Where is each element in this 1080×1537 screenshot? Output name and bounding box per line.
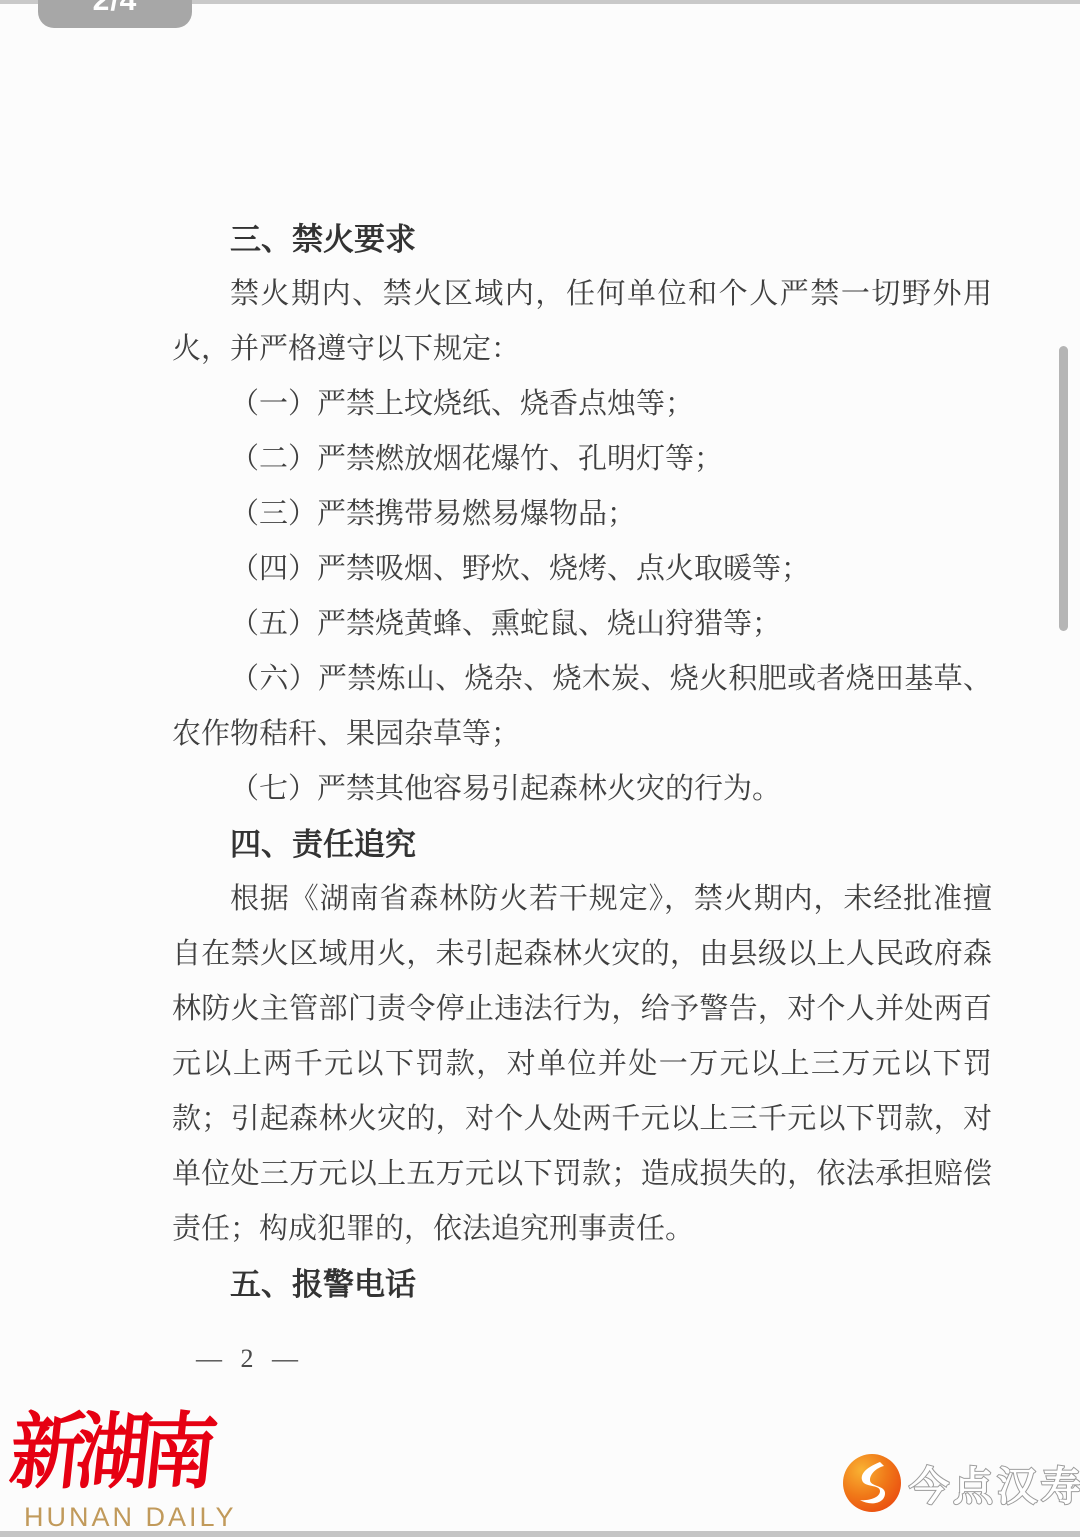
document-line: 元以上两千元以下罚款，对单位并处一万元以上三万元以下罚 (172, 1037, 992, 1092)
publisher-brand: 新湖南 HUNAN DAILY (16, 1402, 276, 1537)
document-heading: 三、禁火要求 (172, 212, 992, 267)
watermark-label: 今点汉寿 (909, 1455, 1080, 1512)
document-heading: 五、报警电话 (172, 1257, 992, 1312)
watermark-logo-icon (843, 1454, 901, 1512)
document-line: 单位处三万元以上五万元以下罚款；造成损失的，依法承担赔偿 (172, 1147, 992, 1202)
document-line: 根据《湖南省森林防火若干规定》，禁火期内，未经批准擅 (172, 872, 992, 927)
document-line: （五）严禁烧黄蜂、熏蛇鼠、烧山狩猎等； (172, 597, 992, 652)
document-line: 火，并严格遵守以下规定： (172, 322, 992, 377)
document-line: 自在禁火区域用火，未引起森林火灾的，由县级以上人民政府森 (172, 927, 992, 982)
document-page-number: — 2 — (196, 1344, 304, 1374)
bottom-edge-strip (0, 1531, 1080, 1537)
document-page: 三、禁火要求禁火期内、禁火区域内，任何单位和个人严禁一切野外用火，并严格遵守以下… (172, 212, 992, 1312)
document-line: （三）严禁携带易燃易爆物品； (172, 487, 992, 542)
document-line: 禁火期内、禁火区域内，任何单位和个人严禁一切野外用 (172, 267, 992, 322)
document-line: （二）严禁燃放烟花爆竹、孔明灯等； (172, 432, 992, 487)
page-indicator-badge: 2/4 (38, 0, 192, 28)
document-line: （一）严禁上坟烧纸、烧香点烛等； (172, 377, 992, 432)
document-heading: 四、责任追究 (172, 817, 992, 872)
document-line: 农作物秸秆、果园杂草等； (172, 707, 992, 762)
publisher-subtitle: HUNAN DAILY (24, 1502, 276, 1533)
document-line: （四）严禁吸烟、野炊、烧烤、点火取暖等； (172, 542, 992, 597)
document-line: （六）严禁炼山、烧杂、烧木炭、烧火积肥或者烧田基草、 (172, 652, 992, 707)
page-indicator-label: 2/4 (93, 0, 138, 18)
document-line: 责任；构成犯罪的，依法追究刑事责任。 (172, 1202, 992, 1257)
document-line: 林防火主管部门责令停止违法行为，给予警告，对个人并处两百 (172, 982, 992, 1037)
scrollbar[interactable] (1059, 346, 1068, 631)
hunan-daily-logo: 新湖南 (5, 1402, 276, 1505)
document-line: 款；引起森林火灾的，对个人处两千元以上三千元以下罚款，对 (172, 1092, 992, 1147)
channel-watermark: 今点汉寿 (843, 1452, 1080, 1514)
document-line: （七）严禁其他容易引起森林火灾的行为。 (172, 762, 992, 817)
